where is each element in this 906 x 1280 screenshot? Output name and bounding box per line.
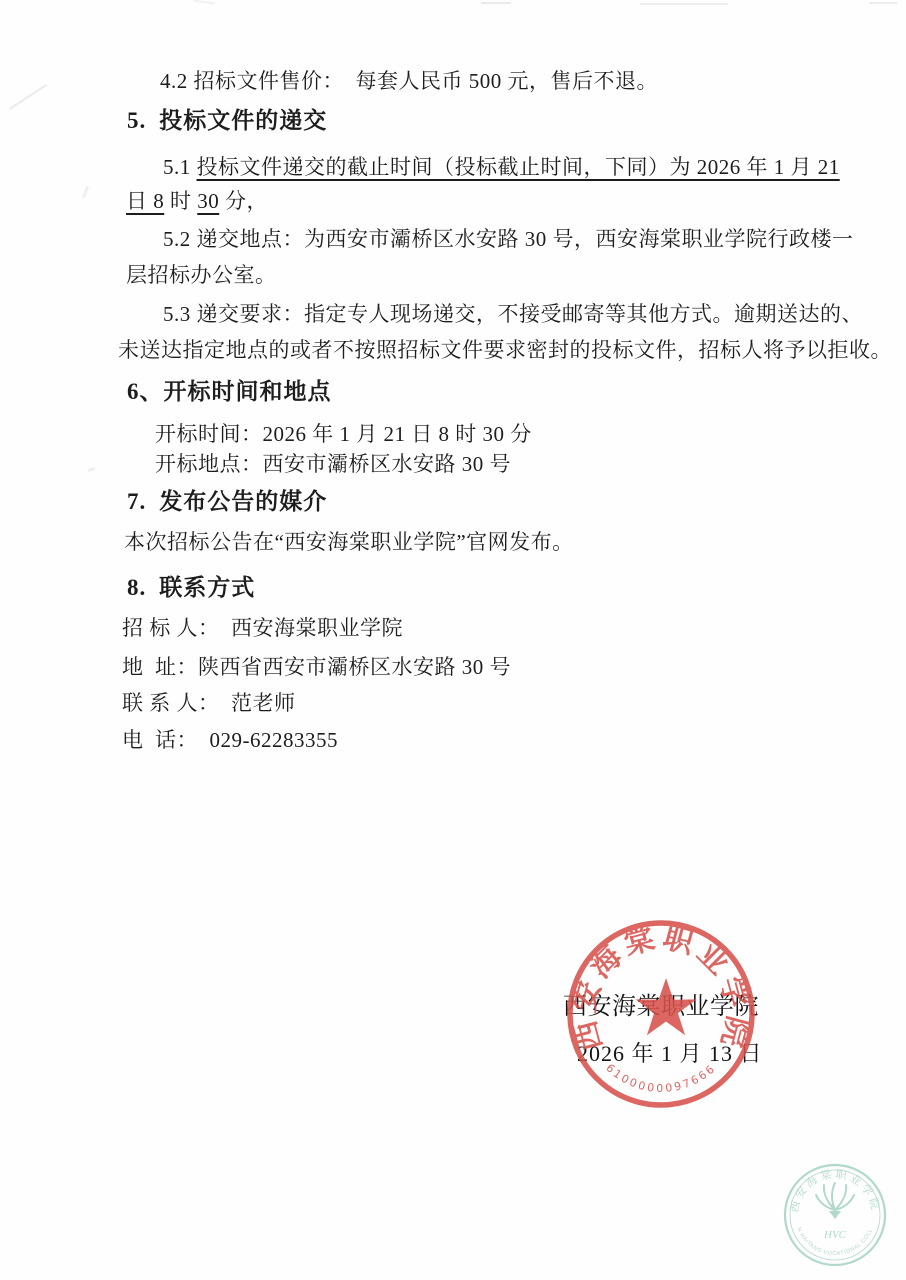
- document-page: 4.2 招标文件售价： 每套人民币 500 元，售后不退。 5.投标文件的递交 …: [0, 0, 906, 1280]
- section-7-heading: 7.发布公告的媒介: [127, 487, 327, 516]
- scan-artifact: [9, 84, 47, 110]
- clause-5-3-line1: 5.3 递交要求：指定专人现场递交，不接受邮寄等其他方式。逾期送达的、: [163, 301, 863, 328]
- clause-5-1-line2: 日 8 时 30 分，: [126, 188, 268, 215]
- announcement-media-line: 本次招标公告在“西安海棠职业学院”官网发布。: [124, 529, 574, 556]
- deadline-day: 日 8: [126, 189, 164, 213]
- bid-opening-place: 开标地点：西安市灞桥区水安路 30 号: [155, 451, 511, 478]
- section-8-number: 8.: [127, 575, 146, 600]
- scan-artifact: [82, 186, 89, 198]
- deadline-minute: 30: [197, 189, 219, 213]
- section-5-number: 5.: [127, 108, 146, 133]
- scan-artifact: [481, 2, 511, 4]
- section-6-number: 6、: [127, 379, 164, 404]
- section-6-title: 开标时间和地点: [164, 379, 332, 404]
- watermark-flower-icon: [816, 1183, 854, 1219]
- clause-4-2: 4.2 招标文件售价： 每套人民币 500 元，售后不退。: [160, 68, 658, 95]
- section-5-title: 投标文件的递交: [159, 108, 327, 133]
- clause-5-2-line1: 5.2 递交地点：为西安市灞桥区水安路 30 号，西安海棠职业学院行政楼一: [163, 226, 854, 253]
- deadline-hour-label: 时: [164, 189, 197, 213]
- scan-artifact: [193, 0, 215, 5]
- seal-serial-number: 6100000097666: [603, 1061, 718, 1095]
- clause-5-3-line2: 未送达指定地点的或者不按照招标文件要求密封的投标文件，招标人将予以拒收。: [118, 337, 892, 364]
- scan-artifact: [88, 467, 96, 472]
- section-7-title: 发布公告的媒介: [159, 489, 327, 514]
- clause-5-2-line2: 层招标办公室。: [126, 262, 277, 289]
- section-8-heading: 8.联系方式: [127, 573, 255, 602]
- scan-artifact: [869, 2, 897, 4]
- deadline-tail: 分，: [219, 189, 268, 213]
- scan-artifact: [640, 3, 728, 5]
- section-5-heading: 5.投标文件的递交: [127, 106, 327, 135]
- contact-phone: 电 话： 029-62283355: [122, 727, 338, 754]
- section-8-title: 联系方式: [159, 575, 255, 600]
- section-7-number: 7.: [127, 489, 146, 514]
- contact-person: 联 系 人： 范老师: [122, 690, 296, 717]
- seal-star-icon: [636, 978, 697, 1035]
- clause-5-1-underlined-text: 投标文件递交的截止时间（投标截止时间，下同）为 2026 年 1 月 21: [197, 155, 840, 179]
- clause-5-1-number: 5.1: [163, 155, 197, 179]
- seal-ring-text: 西安海棠职业学院: [568, 921, 755, 1055]
- watermark-chinese-text: 西安海棠职业学院: [788, 1166, 884, 1213]
- watermark-monogram: HVC: [823, 1229, 847, 1241]
- bid-opening-time: 开标时间：2026 年 1 月 21 日 8 时 30 分: [155, 421, 532, 448]
- contact-tenderer: 招 标 人： 西安海棠职业学院: [122, 615, 403, 642]
- clause-5-1-line1: 5.1 投标文件递交的截止时间（投标截止时间，下同）为 2026 年 1 月 2…: [163, 154, 840, 181]
- section-6-heading: 6、开标时间和地点: [127, 377, 332, 406]
- contact-address: 地 址：陕西省西安市灞桥区水安路 30 号: [122, 654, 511, 681]
- official-seal-stamp: 西安海棠职业学院 6100000097666: [548, 896, 776, 1124]
- college-watermark-logo: 西安海棠职业学院 XI'AN HAITANG VOCATIONAL COLLEG…: [773, 1153, 897, 1277]
